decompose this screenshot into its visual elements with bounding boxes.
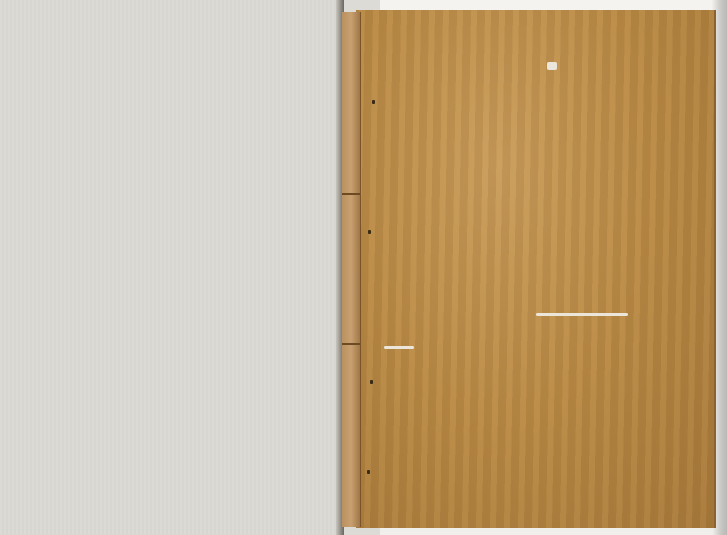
cover-tear <box>547 62 557 70</box>
background-page <box>0 0 340 535</box>
worm-hole <box>372 100 375 104</box>
binding-thread <box>342 193 360 195</box>
worm-hole <box>370 380 373 384</box>
worm-hole <box>367 470 370 474</box>
worm-hole <box>368 230 371 234</box>
book-cover <box>356 10 716 528</box>
cover-tear <box>384 346 414 349</box>
binding-thread <box>342 343 360 345</box>
book-spine <box>342 12 361 527</box>
cover-tear <box>536 313 628 316</box>
